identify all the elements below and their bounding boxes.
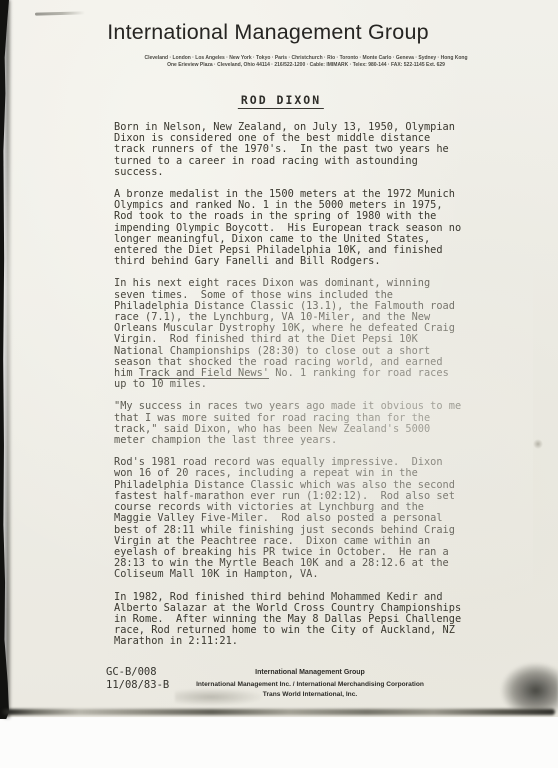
paragraph: A bronze medalist in the 1500 meters at …: [114, 189, 478, 267]
scan-smudge-bottom-right: [501, 663, 558, 713]
text-segment: In 1982, Rod finished third behind Moham…: [114, 591, 461, 648]
text-segment: Born in Nelson, New Zealand, on July 13,…: [114, 121, 455, 178]
text-segment: Rod's 1981 road record was equally impre…: [114, 456, 455, 580]
footer-file-codes: GC-B/008 11/08/83-B: [106, 666, 169, 691]
letterhead-company-name: International Management Group: [107, 20, 429, 45]
paragraph: In his next eight races Dixon was domina…: [114, 278, 478, 390]
scan-smudge: [175, 688, 265, 706]
document-body: Born in Nelson, New Zealand, on July 13,…: [114, 122, 478, 659]
paragraph: Born in Nelson, New Zealand, on July 13,…: [114, 122, 478, 178]
paragraph: Rod's 1981 road record was equally impre…: [114, 457, 478, 580]
text-segment: A bronze medalist in the 1500 meters at …: [114, 188, 461, 267]
footer-file-code: GC-B/008: [106, 666, 169, 679]
scan-speck: [533, 439, 543, 449]
scan-artifact-bottom-edge: [2, 709, 555, 715]
letterhead-address-line: One Erieview Plaza · Cleveland, Ohio 441…: [167, 62, 445, 68]
paragraph: "My success in races two years ago made …: [114, 401, 478, 446]
scanned-document-page: International Management Group Cleveland…: [7, 0, 558, 717]
text-segment: In his next eight races Dixon was domina…: [114, 277, 455, 379]
paragraph: In 1982, Rod finished third behind Moham…: [114, 592, 478, 648]
footer-org-line-2: International Management Inc. / Internat…: [180, 681, 440, 688]
letterhead-cities-line: Cleveland · London · Los Angeles · New Y…: [144, 55, 467, 61]
scan-canvas: { "header": { "logo": "International Man…: [0, 0, 558, 768]
underlined-phrase: Track and Field News': [139, 367, 269, 379]
pen-mark: [35, 11, 85, 15]
page-title: ROD DIXON: [238, 93, 324, 109]
footer-date-code: 11/08/83-B: [106, 679, 169, 692]
text-segment: "My success in races two years ago made …: [114, 400, 461, 446]
footer-org-line-1: International Management Group: [180, 669, 440, 676]
